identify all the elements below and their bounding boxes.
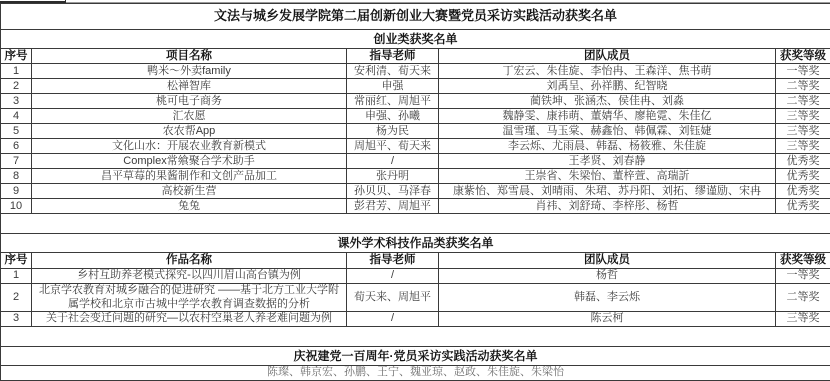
cell-serial: 2 <box>1 283 32 312</box>
table-row: 5农农帮App杨为民温雪瑾、马玉棠、赫鑫怡、韩佩霖、刘钰婕三等奖 <box>1 124 830 139</box>
cell-teachers: 彭君芳、周旭平 <box>347 199 439 214</box>
cell-teachers: 常丽红、周旭平 <box>347 94 439 109</box>
column-header: 项目名称 <box>32 49 347 64</box>
document-title-row: 文法与城乡发展学院第二届创新创业大赛暨党员采访实践活动获奖名单 <box>1 4 830 30</box>
column-header: 作品名称 <box>32 253 347 268</box>
column-header: 团队成员 <box>439 253 776 268</box>
table-row: 7Complex常飨聚合学术助手/王孝贤、刘春静优秀奖 <box>1 154 830 169</box>
section-title-row: 创业类获奖名单 <box>1 30 830 49</box>
table-row: 3桃可电子商务常丽红、周旭平蔺铁坤、张涵杰、侯佳冉、刘淼二等奖 <box>1 94 830 109</box>
column-header: 序号 <box>1 253 32 268</box>
footer-names-row: 陈璨、韩京宏、孙鹏、王宁、魏亚琼、赵政、朱佳旋、朱梁怡 <box>1 366 830 381</box>
cell-serial: 3 <box>1 312 32 327</box>
page-title: 文法与城乡发展学院第二届创新创业大赛暨党员采访实践活动获奖名单 <box>1 4 830 30</box>
cell-members: 温雪瑾、马玉棠、赫鑫怡、韩佩霖、刘钰婕 <box>439 124 776 139</box>
cell-members: 陈云柯 <box>439 312 776 327</box>
cell-award: 优秀奖 <box>776 184 830 199</box>
cell-name: 鸭米～外卖family <box>32 64 347 79</box>
footer-names: 陈璨、韩京宏、孙鹏、王宁、魏亚琼、赵政、朱佳旋、朱梁怡 <box>1 366 830 381</box>
cell-name: Complex常飨聚合学术助手 <box>32 154 347 169</box>
cell-award: 一等奖 <box>776 268 830 283</box>
table-row: 4汇农愿申强、孙曦魏静雯、康祎萌、董婧华、廖艳霓、朱佳亿三等奖 <box>1 109 830 124</box>
column-header: 获奖等级 <box>776 49 830 64</box>
section-title: 课外学术科技作品类获奖名单 <box>1 234 830 253</box>
cell-award: 优秀奖 <box>776 199 830 214</box>
cell-teachers: / <box>347 268 439 283</box>
cell-members: 杨哲 <box>439 268 776 283</box>
cell-name: 农农帮App <box>32 124 347 139</box>
cell-members: 李云烁、尤雨晨、韩磊、杨筱雅、朱佳旋 <box>439 139 776 154</box>
cell-teachers: 安利清、荀天来 <box>347 64 439 79</box>
table-row: 2北京学农教育对城乡融合的促进研究 ——基于北方工业大学附属学校和北京市古城中学… <box>1 283 830 312</box>
cell-teachers: 荀天来、周旭平 <box>347 283 439 312</box>
column-header-row: 序号项目名称指导老师团队成员获奖等级 <box>1 49 830 64</box>
cell-award: 优秀奖 <box>776 154 830 169</box>
table-row: 10兔兔彭君芳、周旭平肖祎、刘舒琦、李梓彤、杨哲优秀奖 <box>1 199 830 214</box>
section-body: 序号作品名称指导老师团队成员获奖等级1乡村互助养老模式探究-以四川眉山高台镇为例… <box>1 253 830 327</box>
cell-serial: 9 <box>1 184 32 199</box>
cell-serial: 3 <box>1 94 32 109</box>
footer-section-title: 庆祝建党一百周年·党员采访实践活动获奖名单 <box>1 347 830 366</box>
cell-serial: 5 <box>1 124 32 139</box>
cell-members: 韩磊、李云烁 <box>439 283 776 312</box>
cell-serial: 4 <box>1 109 32 124</box>
cell-serial: 1 <box>1 64 32 79</box>
cell-teachers: / <box>347 312 439 327</box>
cell-teachers: 杨为民 <box>347 124 439 139</box>
cell-serial: 10 <box>1 199 32 214</box>
cell-members: 肖祎、刘舒琦、李梓彤、杨哲 <box>439 199 776 214</box>
table-row: 8昌平草莓的果酱制作和文创产品加工张丹明王崇省、朱梁怡、董梓萱、高瑞訢优秀奖 <box>1 169 830 184</box>
table-row: 2松禅智库申强刘禹呈、孙祥鹏、纪智晓二等奖 <box>1 79 830 94</box>
cell-name: 桃可电子商务 <box>32 94 347 109</box>
column-header: 获奖等级 <box>776 253 830 268</box>
footer-section-title-row: 庆祝建党一百周年·党员采访实践活动获奖名单 <box>1 347 830 366</box>
cell-members: 蔺铁坤、张涵杰、侯佳冉、刘淼 <box>439 94 776 109</box>
cell-name: 关于社会变迁问题的研究—以农村空巢老人养老难问题为例 <box>32 312 347 327</box>
cell-name: 松禅智库 <box>32 79 347 94</box>
cell-members: 王孝贤、刘春静 <box>439 154 776 169</box>
cell-serial: 8 <box>1 169 32 184</box>
cell-teachers: 申强 <box>347 79 439 94</box>
cell-members: 魏静雯、康祎萌、董婧华、廖艳霓、朱佳亿 <box>439 109 776 124</box>
cell-award: 优秀奖 <box>776 169 830 184</box>
cell-name: 汇农愿 <box>32 109 347 124</box>
cell-award: 二等奖 <box>776 79 830 94</box>
column-header: 团队成员 <box>439 49 776 64</box>
cell-serial: 2 <box>1 79 32 94</box>
cell-members: 丁宏云、朱佳旋、李怡冉、王森洋、焦书萌 <box>439 64 776 79</box>
table-row: 9高校新生营孙贝贝、马泽春康紫怡、郑雪晨、刘晴雨、朱珺、苏丹阳、刘拓、缪谨励、宋… <box>1 184 830 199</box>
cell-name: 北京学农教育对城乡融合的促进研究 ——基于北方工业大学附属学校和北京市古城中学学… <box>32 283 347 312</box>
section-body: 序号项目名称指导老师团队成员获奖等级1鸭米～外卖family安利清、荀天来丁宏云… <box>1 49 830 214</box>
table-row: 1鸭米～外卖family安利清、荀天来丁宏云、朱佳旋、李怡冉、王森洋、焦书萌一等… <box>1 64 830 79</box>
awards-table: 文法与城乡发展学院第二届创新创业大赛暨党员采访实践活动获奖名单 创业类获奖名单 … <box>0 3 830 381</box>
table-row: 3关于社会变迁问题的研究—以农村空巢老人养老难问题为例/陈云柯三等奖 <box>1 312 830 327</box>
cell-award: 三等奖 <box>776 124 830 139</box>
cell-serial: 1 <box>1 268 32 283</box>
spacer-row <box>1 214 830 234</box>
cell-teachers: 申强、孙曦 <box>347 109 439 124</box>
column-header: 指导老师 <box>347 49 439 64</box>
spacer-row <box>1 327 830 347</box>
cell-name: 文化山水：开展农业教育新模式 <box>32 139 347 154</box>
cell-name: 兔兔 <box>32 199 347 214</box>
cell-name: 乡村互助养老模式探究-以四川眉山高台镇为例 <box>32 268 347 283</box>
cell-award: 三等奖 <box>776 109 830 124</box>
cell-name: 昌平草莓的果酱制作和文创产品加工 <box>32 169 347 184</box>
cell-award: 三等奖 <box>776 139 830 154</box>
cell-teachers: 孙贝贝、马泽春 <box>347 184 439 199</box>
cell-members: 刘禹呈、孙祥鹏、纪智晓 <box>439 79 776 94</box>
cell-name: 高校新生营 <box>32 184 347 199</box>
cell-members: 王崇省、朱梁怡、董梓萱、高瑞訢 <box>439 169 776 184</box>
cell-teachers: 张丹明 <box>347 169 439 184</box>
cell-teachers: 周旭平、荀天来 <box>347 139 439 154</box>
cell-serial: 6 <box>1 139 32 154</box>
cell-award: 二等奖 <box>776 283 830 312</box>
cell-serial: 7 <box>1 154 32 169</box>
cell-award: 一等奖 <box>776 64 830 79</box>
column-header: 序号 <box>1 49 32 64</box>
cell-award: 三等奖 <box>776 312 830 327</box>
column-header-row: 序号作品名称指导老师团队成员获奖等级 <box>1 253 830 268</box>
table-row: 6文化山水：开展农业教育新模式周旭平、荀天来李云烁、尤雨晨、韩磊、杨筱雅、朱佳旋… <box>1 139 830 154</box>
document-page: { "colors": { "border": "#3a3a3a", "text… <box>0 0 830 381</box>
column-header: 指导老师 <box>347 253 439 268</box>
section-title-row: 课外学术科技作品类获奖名单 <box>1 234 830 253</box>
cell-members: 康紫怡、郑雪晨、刘晴雨、朱珺、苏丹阳、刘拓、缪谨励、宋冉 <box>439 184 776 199</box>
cell-award: 二等奖 <box>776 94 830 109</box>
cell-teachers: / <box>347 154 439 169</box>
section-title: 创业类获奖名单 <box>1 30 830 49</box>
table-row: 1乡村互助养老模式探究-以四川眉山高台镇为例/杨哲一等奖 <box>1 268 830 283</box>
